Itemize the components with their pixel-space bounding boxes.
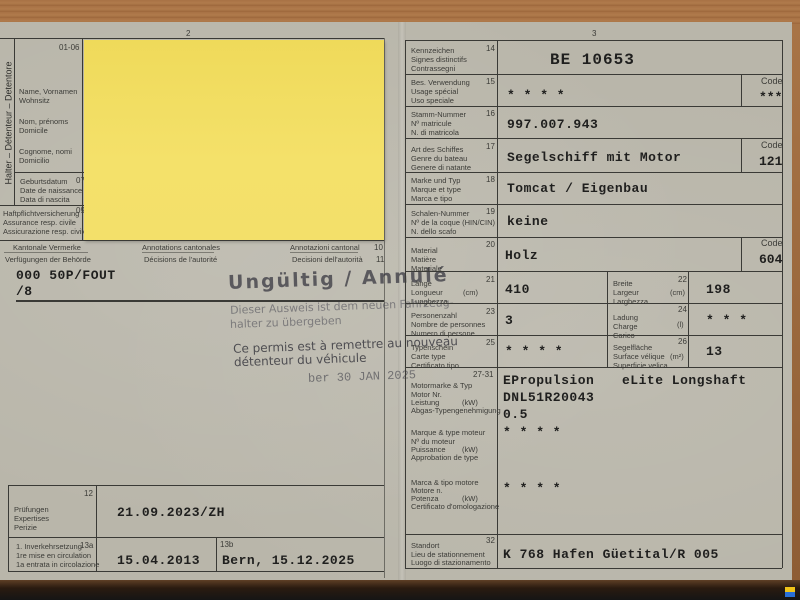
field-number: 16	[486, 109, 495, 118]
label: Carte type	[411, 352, 446, 361]
field-number: 26	[678, 337, 687, 346]
field-number: 23	[486, 307, 495, 316]
label: Marque & type moteur	[411, 428, 485, 437]
label: Domicilio	[19, 156, 49, 165]
boat-type-code: 121	[759, 154, 782, 169]
label: Standort	[411, 541, 439, 550]
engine-number-value: DNL51R20043	[503, 390, 594, 405]
label: 1re mise en circulation	[16, 551, 91, 560]
label: 1a entrata in circolazione	[16, 560, 99, 569]
sail-area-value: 13	[706, 344, 723, 359]
field-number: 25	[486, 338, 495, 347]
label: 1. Inverkehrsetzung	[16, 542, 82, 551]
first-registration-value: 15.04.2013	[117, 553, 200, 568]
label: Motormarke & Typ	[411, 381, 472, 390]
master-number-value: 997.007.943	[507, 117, 598, 132]
label: Certificato d'omologazione	[411, 502, 499, 511]
width-value: 198	[706, 282, 731, 297]
label: Materiale	[411, 264, 442, 273]
location-value: K 768 Hafen Güetital/R 005	[503, 547, 719, 562]
unit-label: (l)	[677, 320, 684, 329]
label: Marque et type	[411, 185, 461, 194]
label: Annotazioni cantonal	[290, 243, 360, 252]
plate-number-value: BE 10653	[550, 51, 635, 69]
material-value: Holz	[505, 248, 538, 263]
page-number-left: 2	[186, 29, 190, 38]
label: Verfügungen der Behörde	[5, 255, 91, 264]
label: Marca e tipo	[411, 194, 452, 203]
field-number: 27-31	[473, 370, 493, 379]
label: Nom, prénoms	[19, 117, 68, 126]
label: Nº matricule	[411, 119, 452, 128]
make-type-value: Tomcat / Eigenbau	[507, 181, 648, 196]
watermark-logo-icon	[785, 587, 795, 597]
field-number: 12	[84, 489, 93, 498]
field-number: 21	[486, 275, 495, 284]
field-number: 10	[374, 243, 383, 252]
label: Breite	[613, 279, 633, 288]
field-number: 14	[486, 44, 495, 53]
label: Assurance resp. civile	[3, 218, 76, 227]
engine-emission-value: * * * *	[503, 425, 561, 440]
label: N. di matricola	[411, 128, 459, 137]
label: Carico	[613, 331, 635, 340]
field-number: 20	[486, 240, 495, 249]
label: Annotations cantonales	[142, 243, 220, 252]
field-number: 15	[486, 77, 495, 86]
code-label: Code	[761, 238, 783, 248]
type-certificate-value: * * * *	[505, 344, 563, 359]
cantonal-value: 000 50P/FOUT	[16, 268, 116, 283]
label: Prüfungen	[14, 505, 49, 514]
engine-model-value: eLite Longshaft	[622, 373, 747, 388]
unit-label: (m²)	[670, 352, 684, 361]
wood-table-top	[0, 0, 800, 24]
label: Assicurazione resp. civile	[3, 227, 87, 236]
label: Date de naissance	[20, 186, 82, 195]
field-number: 22	[678, 275, 687, 284]
special-use-value: * * * *	[507, 88, 565, 103]
unit-label: (cm)	[463, 288, 478, 297]
label: Data di nascita	[20, 195, 70, 204]
label: Genere di natante	[411, 163, 471, 172]
label: Name, Vornamen	[19, 87, 77, 96]
label: N. dello scafo	[411, 227, 456, 236]
label: Approbation de type	[411, 453, 478, 462]
label: Décisions de l'autorité	[144, 255, 217, 264]
label: Lunghezza	[411, 297, 448, 306]
field-number: 19	[486, 207, 495, 216]
label: Haftpflichtversicherung	[3, 209, 79, 218]
label: Longueur	[411, 288, 443, 297]
field-number: 18	[486, 175, 495, 184]
cantonal-value: /8	[16, 284, 33, 299]
label: Expertises	[14, 514, 49, 523]
sticky-note	[84, 40, 384, 240]
label: Charge	[613, 322, 638, 331]
engine-brand-value: EPropulsion	[503, 373, 594, 388]
boat-type-value: Segelschiff mit Motor	[507, 150, 681, 165]
code-label: Code	[761, 76, 783, 86]
load-value: * * *	[706, 313, 748, 328]
label: Matière	[411, 255, 436, 264]
special-use-code: ***	[759, 90, 782, 105]
engine-power-value: 0.5	[503, 407, 528, 422]
field-number: 01-06	[59, 43, 79, 52]
label: Typenschein	[411, 343, 453, 352]
label: Cognome, nomi	[19, 147, 72, 156]
field-number: 17	[486, 142, 495, 151]
label: Decisioni dell'autorità	[292, 255, 363, 264]
length-value: 410	[505, 282, 530, 297]
code-label: Code	[761, 140, 783, 150]
label: Nº de la coque (HIN/CIN)	[411, 218, 495, 227]
label: Kennzeichen	[411, 46, 454, 55]
field-number: 13a	[80, 541, 93, 550]
persons-value: 3	[505, 313, 513, 328]
holder-vertical-label: Halter – Détenteur – Detentore	[2, 40, 16, 206]
label: Kantonale Vermerke	[13, 243, 81, 252]
label: Stamm-Nummer	[411, 110, 466, 119]
label: Numero di persone	[411, 329, 475, 338]
label: Certificato tipo	[411, 361, 459, 370]
label: Segelfläche	[613, 343, 652, 352]
field-number: 32	[486, 536, 495, 545]
label: Material	[411, 246, 438, 255]
label: Domicile	[19, 126, 48, 135]
hull-number-value: keine	[507, 214, 549, 229]
label: Geburtsdatum	[20, 177, 68, 186]
label: Uso speciale	[411, 96, 454, 105]
label: Wohnsitz	[19, 96, 50, 105]
label: Art des Schiffes	[411, 145, 463, 154]
label: Personenzahl	[411, 311, 457, 320]
material-code: 604	[759, 252, 782, 267]
label: Nombre de personnes	[411, 320, 485, 329]
label: Länge	[411, 279, 432, 288]
label: Largeur	[613, 288, 639, 297]
label: Larghezza	[613, 297, 648, 306]
field-number: 24	[678, 305, 687, 314]
issue-place-date-value: Bern, 15.12.2025	[222, 553, 355, 568]
label: Surface vélique	[613, 352, 665, 361]
label: Signes distinctifs	[411, 55, 467, 64]
label: Marke und Typ	[411, 176, 460, 185]
label: Luogo di stazionamento	[411, 558, 491, 567]
wood-table-bottom	[0, 580, 800, 600]
label: Superficie velica	[613, 361, 668, 370]
label: Abgas-Typengenehmigung	[411, 406, 501, 415]
engine-extra-value: * * * *	[503, 481, 561, 496]
inspections-value: 21.09.2023/ZH	[117, 505, 225, 520]
label: Genre du bateau	[411, 154, 467, 163]
field-number: 13b	[220, 540, 233, 549]
label: Perizie	[14, 523, 37, 532]
label: Usage spécial	[411, 87, 458, 96]
label: Ladung	[613, 313, 638, 322]
label: Bes. Verwendung	[411, 78, 470, 87]
page-number-right: 3	[592, 29, 596, 38]
unit-label: (cm)	[670, 288, 685, 297]
label: Schalen-Nummer	[411, 209, 469, 218]
label: Contrassegni	[411, 64, 455, 73]
